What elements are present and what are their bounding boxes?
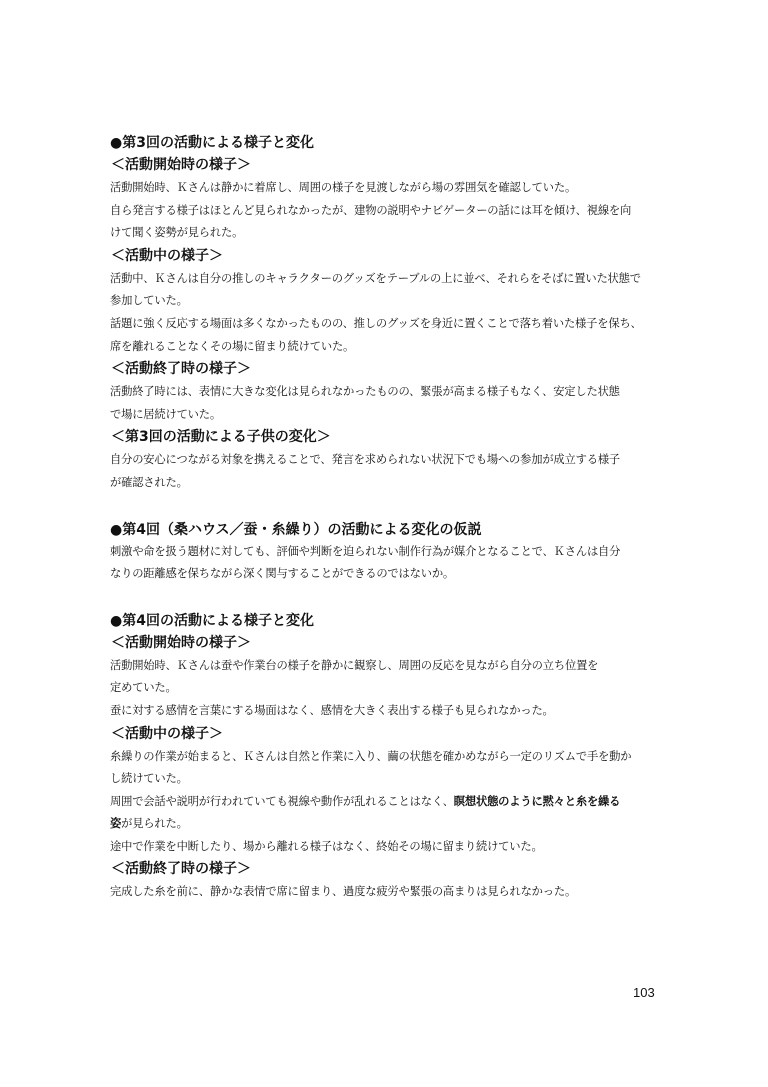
body-line: 自ら発言する様子はほとんど見られなかったが、建物の説明やナビゲーターの話には耳を… <box>110 200 670 223</box>
section-heading: ●第3回の活動による様子と変化 <box>110 132 670 154</box>
body-line: 途中で作業を中断したり、場から離れる様子はなく、終始その場に留まり続けていた。 <box>110 836 670 859</box>
subheading-start: ＜活動開始時の様子＞ <box>110 154 670 177</box>
section-heading: ●第4回（桑ハウス／蚕・糸繰り）の活動による変化の仮説 <box>110 519 670 541</box>
body-line: 活動開始時、Ｋさんは静かに着席し、周囲の様子を見渡しながら場の雰囲気を確認してい… <box>110 177 670 200</box>
section-4th-activity: ●第4回の活動による様子と変化 ＜活動開始時の様子＞ 活動開始時、Ｋさんは蚕や作… <box>110 610 670 904</box>
emphasis-text: 姿 <box>110 817 121 830</box>
body-line: 刺激や命を扱う題材に対しても、評価や判断を迫られない制作行為が媒介となることで、… <box>110 541 670 564</box>
body-line: 話題に強く反応する場面は多くなかったものの、推しのグッズを身近に置くことで落ち着… <box>110 313 670 336</box>
subheading-child-change: ＜第3回の活動による子供の変化＞ <box>110 426 670 449</box>
body-line: が確認された。 <box>110 472 670 495</box>
document-page: ●第3回の活動による様子と変化 ＜活動開始時の様子＞ 活動開始時、Ｋさんは静かに… <box>110 132 670 904</box>
subheading-start: ＜活動開始時の様子＞ <box>110 632 670 655</box>
body-line: 活動開始時、Ｋさんは蚕や作業台の様子を静かに観察し、周囲の反応を見ながら自分の立… <box>110 655 670 678</box>
body-line: 定めていた。 <box>110 677 670 700</box>
page-number: 103 <box>633 985 655 1000</box>
subheading-during: ＜活動中の様子＞ <box>110 245 670 268</box>
body-line: 参加していた。 <box>110 290 670 313</box>
section-3rd-activity: ●第3回の活動による様子と変化 ＜活動開始時の様子＞ 活動開始時、Ｋさんは静かに… <box>110 132 670 495</box>
subheading-end: ＜活動終了時の様子＞ <box>110 358 670 381</box>
body-line: し続けていた。 <box>110 768 670 791</box>
body-line: けて聞く姿勢が見られた。 <box>110 222 670 245</box>
emphasis-text: 瞑想状態のように黙々と糸を繰る <box>454 795 620 808</box>
body-line: 席を離れることなくその場に留まり続けていた。 <box>110 336 670 359</box>
body-line-mixed: 姿が見られた。 <box>110 813 670 836</box>
body-line: なりの距離感を保ちながら深く関与することができるのではないか。 <box>110 563 670 586</box>
body-line: 自分の安心につながる対象を携えることで、発言を求められない状況下でも場への参加が… <box>110 449 670 472</box>
subheading-end: ＜活動終了時の様子＞ <box>110 858 670 881</box>
body-line: 糸繰りの作業が始まると、Ｋさんは自然と作業に入り、繭の状態を確かめながら一定のリ… <box>110 746 670 769</box>
body-text: が見られた。 <box>121 817 188 830</box>
spacer <box>110 586 670 610</box>
body-line: で場に居続けていた。 <box>110 404 670 427</box>
subheading-during: ＜活動中の様子＞ <box>110 723 670 746</box>
body-line: 完成した糸を前に、静かな表情で席に留まり、過度な疲労や緊張の高まりは見られなかっ… <box>110 881 670 904</box>
section-4th-hypothesis: ●第4回（桑ハウス／蚕・糸繰り）の活動による変化の仮説 刺激や命を扱う題材に対し… <box>110 519 670 586</box>
body-line: 活動終了時には、表情に大きな変化は見られなかったものの、緊張が高まる様子もなく、… <box>110 381 670 404</box>
spacer <box>110 495 670 519</box>
body-text: 周囲で会話や説明が行われていても視線や動作が乱れることはなく、 <box>110 795 454 808</box>
body-line: 活動中、Ｋさんは自分の推しのキャラクターのグッズをテーブルの上に並べ、それらをそ… <box>110 268 670 291</box>
section-heading: ●第4回の活動による様子と変化 <box>110 610 670 632</box>
body-line: 蚕に対する感情を言葉にする場面はなく、感情を大きく表出する様子も見られなかった。 <box>110 700 670 723</box>
body-line-mixed: 周囲で会話や説明が行われていても視線や動作が乱れることはなく、瞑想状態のように黙… <box>110 791 670 814</box>
